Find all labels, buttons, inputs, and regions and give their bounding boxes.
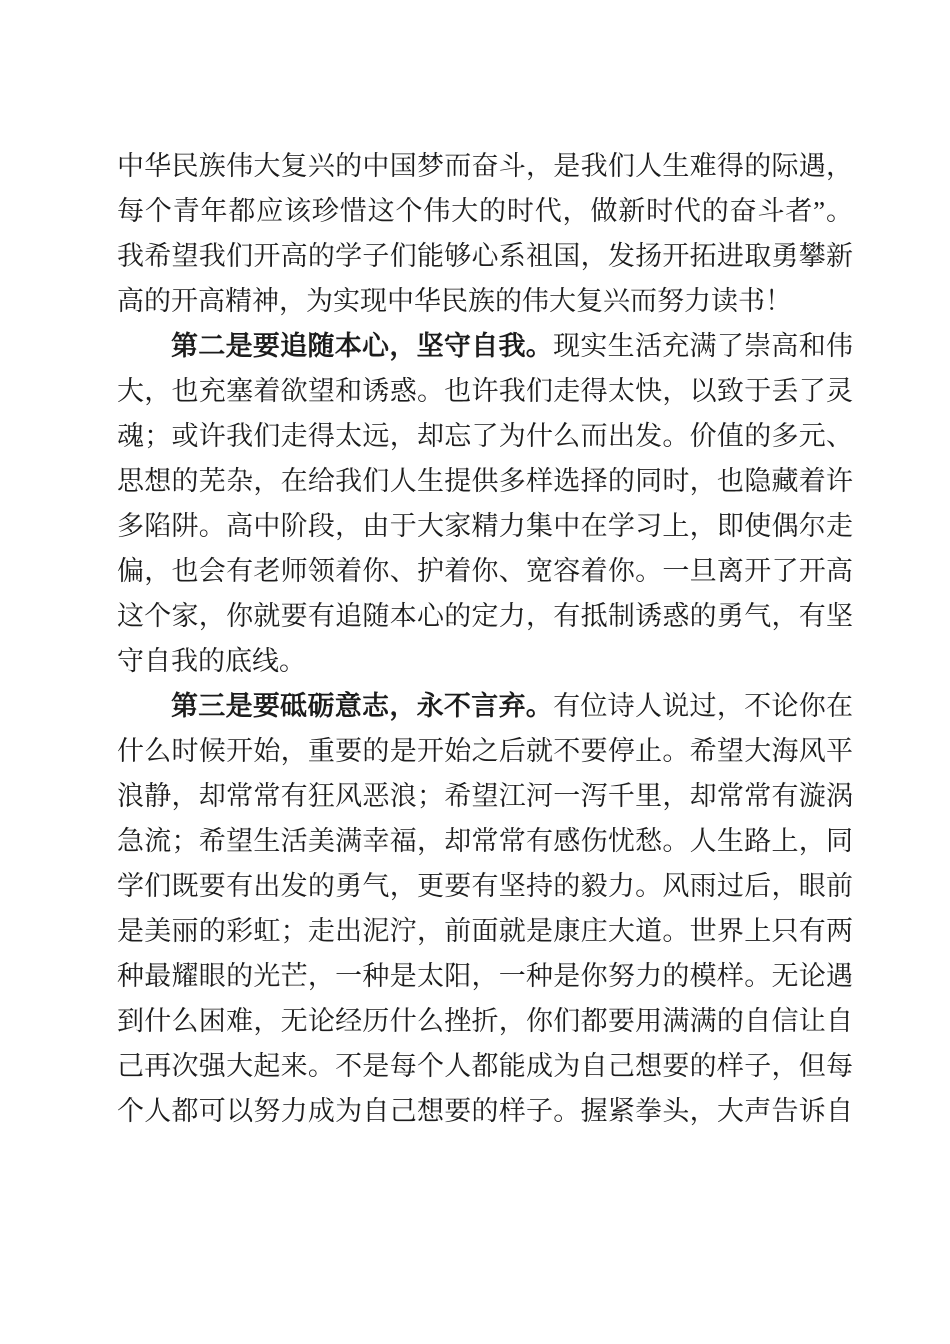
text-segment: 这个家，你就要有追随本心的定力，有抵制诱惑的勇气，有坚 [117, 601, 853, 631]
text-segment: 什么时候开始，重要的是开始之后就不要停止。希望大海风平 [117, 736, 853, 766]
text-segment: 有位诗人说过，不论你在 [553, 691, 853, 721]
text-line: 魂；或许我们走得太远，却忘了为什么而出发。价值的多元、 [117, 414, 853, 459]
text-line: 种最耀眼的光芒，一种是太阳，一种是你努力的模样。无论遇 [117, 954, 853, 999]
paragraph-2: 第二是要追随本心，坚守自我。现实生活充满了崇高和伟大，也充塞着欲望和诱惑。也许我… [117, 324, 853, 684]
text-line: 我希望我们开高的学子们能够心系祖国，发扬开拓进取勇攀新 [117, 234, 853, 279]
text-segment-bold-lead: 第三是要砥砺意志，永不言弃。 [171, 691, 553, 721]
text-segment: 每个青年都应该珍惜这个伟大的时代，做新时代的奋斗者”。 [117, 196, 853, 226]
paragraph-1: 中华民族伟大复兴的中国梦而奋斗，是我们人生难得的际遇，每个青年都应该珍惜这个伟大… [117, 144, 853, 324]
paragraph-3: 第三是要砥砺意志，永不言弃。有位诗人说过，不论你在什么时候开始，重要的是开始之后… [117, 684, 853, 1134]
text-line: 什么时候开始，重要的是开始之后就不要停止。希望大海风平 [117, 729, 853, 774]
text-segment: 种最耀眼的光芒，一种是太阳，一种是你努力的模样。无论遇 [117, 961, 853, 991]
text-line: 每个青年都应该珍惜这个伟大的时代，做新时代的奋斗者”。 [117, 189, 853, 234]
text-segment: 到什么困难，无论经历什么挫折，你们都要用满满的自信让自 [117, 1006, 853, 1036]
text-segment-bold-lead: 第二是要追随本心，坚守自我。 [171, 331, 553, 361]
text-line: 大，也充塞着欲望和诱惑。也许我们走得太快，以致于丢了灵 [117, 369, 853, 414]
text-segment: 中华民族伟大复兴的中国梦而奋斗，是我们人生难得的际遇， [117, 151, 853, 181]
document-text: 中华民族伟大复兴的中国梦而奋斗，是我们人生难得的际遇，每个青年都应该珍惜这个伟大… [117, 144, 853, 1134]
text-segment: 高的开高精神，为实现中华民族的伟大复兴而努力读书！ [117, 286, 792, 316]
text-line: 到什么困难，无论经历什么挫折，你们都要用满满的自信让自 [117, 999, 853, 1044]
text-segment: 现实生活充满了崇高和伟 [553, 331, 853, 361]
text-segment: 守自我的底线。 [117, 646, 306, 676]
text-segment: 浪静，却常常有狂风恶浪；希望江河一泻千里，却常常有漩涡 [117, 781, 853, 811]
text-segment: 个人都可以努力成为自己想要的样子。握紧拳头，大声告诉自 [117, 1096, 853, 1126]
text-segment: 思想的芜杂，在给我们人生提供多样选择的同时，也隐藏着许 [117, 466, 853, 496]
text-segment: 魂；或许我们走得太远，却忘了为什么而出发。价值的多元、 [117, 421, 853, 451]
text-line: 思想的芜杂，在给我们人生提供多样选择的同时，也隐藏着许 [117, 459, 853, 504]
text-segment: 学们既要有出发的勇气，更要有坚持的毅力。风雨过后，眼前 [117, 871, 853, 901]
text-line: 第二是要追随本心，坚守自我。现实生活充满了崇高和伟 [117, 324, 853, 369]
text-line: 这个家，你就要有追随本心的定力，有抵制诱惑的勇气，有坚 [117, 594, 853, 639]
text-segment: 我希望我们开高的学子们能够心系祖国，发扬开拓进取勇攀新 [117, 241, 853, 271]
text-segment: 大，也充塞着欲望和诱惑。也许我们走得太快，以致于丢了灵 [117, 376, 853, 406]
text-line: 浪静，却常常有狂风恶浪；希望江河一泻千里，却常常有漩涡 [117, 774, 853, 819]
document-page: 中华民族伟大复兴的中国梦而奋斗，是我们人生难得的际遇，每个青年都应该珍惜这个伟大… [0, 0, 950, 1344]
text-line: 是美丽的彩虹；走出泥泞，前面就是康庄大道。世界上只有两 [117, 909, 853, 954]
text-line: 高的开高精神，为实现中华民族的伟大复兴而努力读书！ [117, 279, 853, 324]
text-line: 偏，也会有老师领着你、护着你、宽容着你。一旦离开了开高 [117, 549, 853, 594]
text-line: 己再次强大起来。不是每个人都能成为自己想要的样子，但每 [117, 1044, 853, 1089]
text-segment: 己再次强大起来。不是每个人都能成为自己想要的样子，但每 [117, 1051, 853, 1081]
text-segment: 多陷阱。高中阶段，由于大家精力集中在学习上，即使偶尔走 [117, 511, 853, 541]
text-segment: 偏，也会有老师领着你、护着你、宽容着你。一旦离开了开高 [117, 556, 853, 586]
text-line: 个人都可以努力成为自己想要的样子。握紧拳头，大声告诉自 [117, 1089, 853, 1134]
text-line: 第三是要砥砺意志，永不言弃。有位诗人说过，不论你在 [117, 684, 853, 729]
text-segment: 是美丽的彩虹；走出泥泞，前面就是康庄大道。世界上只有两 [117, 916, 853, 946]
text-segment: 急流；希望生活美满幸福，却常常有感伤忧愁。人生路上，同 [117, 826, 853, 856]
text-line: 守自我的底线。 [117, 639, 853, 684]
text-line: 学们既要有出发的勇气，更要有坚持的毅力。风雨过后，眼前 [117, 864, 853, 909]
text-line: 急流；希望生活美满幸福，却常常有感伤忧愁。人生路上，同 [117, 819, 853, 864]
text-line: 多陷阱。高中阶段，由于大家精力集中在学习上，即使偶尔走 [117, 504, 853, 549]
text-line: 中华民族伟大复兴的中国梦而奋斗，是我们人生难得的际遇， [117, 144, 853, 189]
